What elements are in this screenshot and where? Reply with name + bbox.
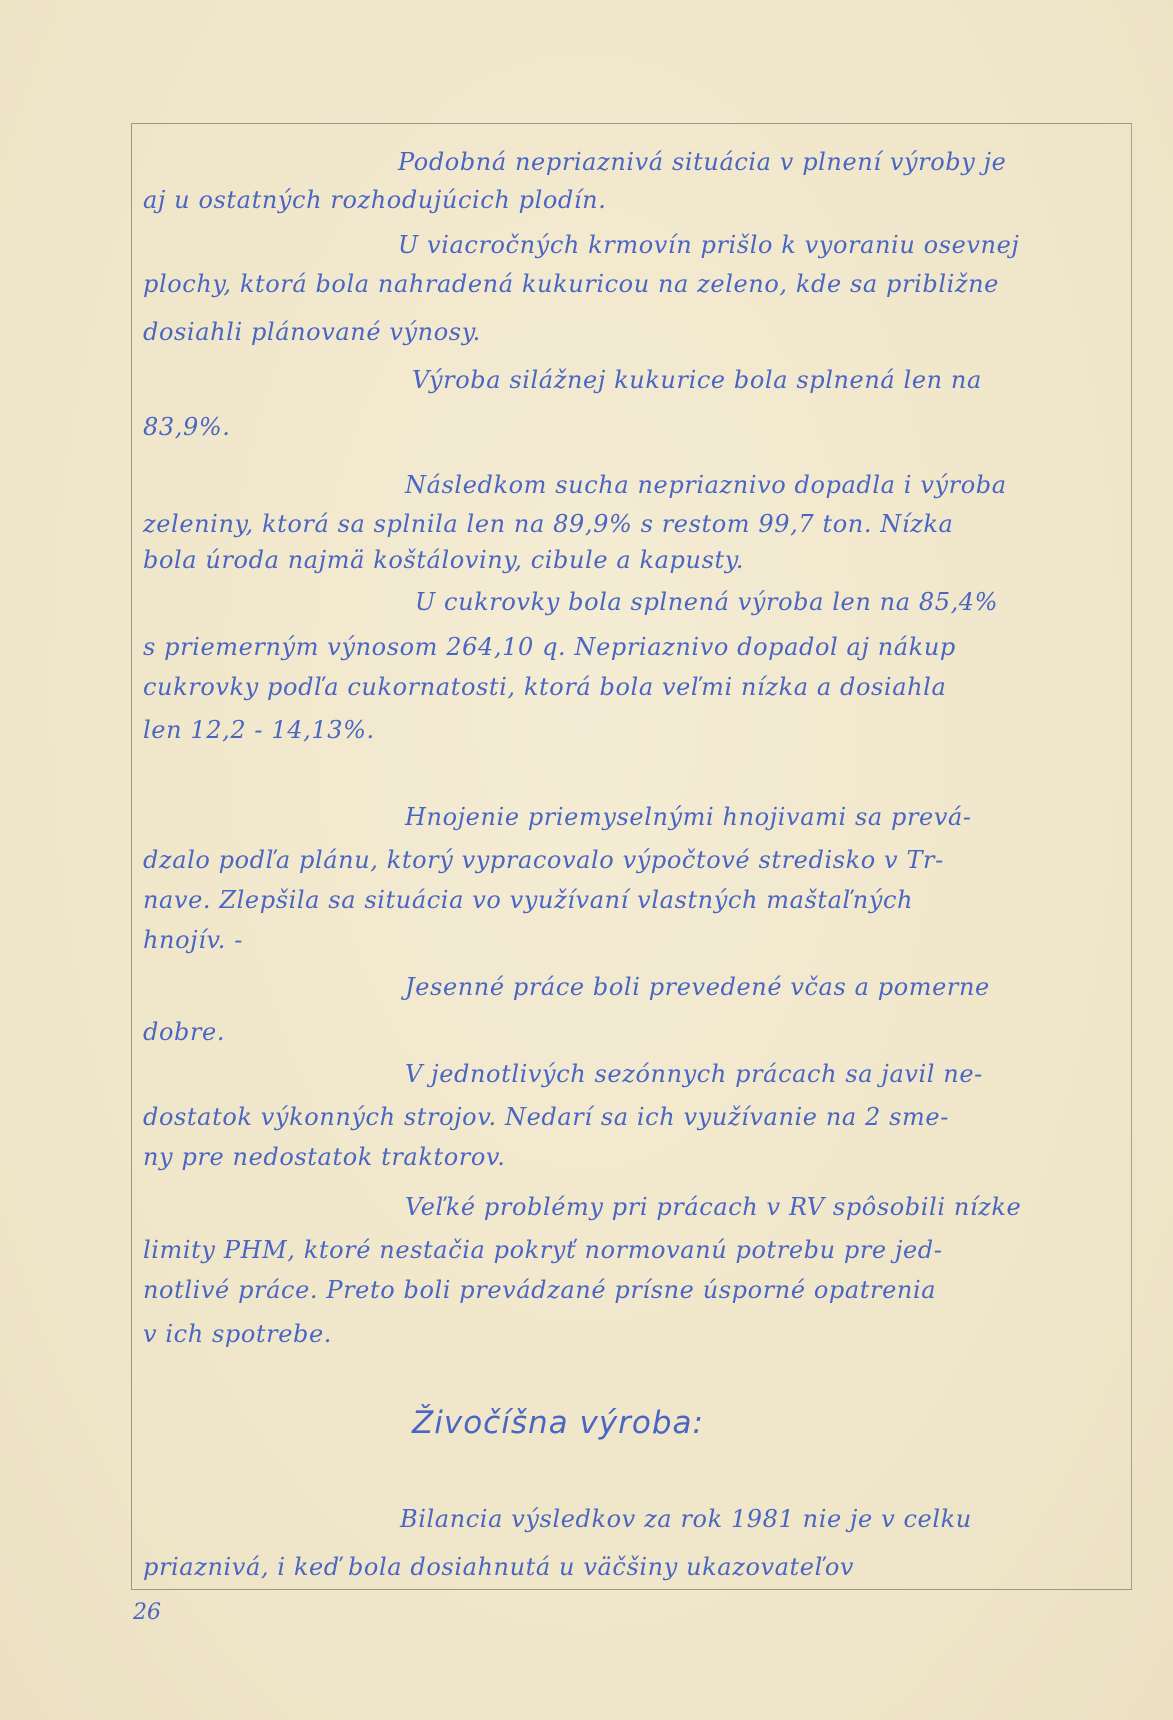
text-line: Následkom sucha nepriaznivo dopadla i vý…: [405, 473, 1007, 497]
text-line: v ich spotrebe.: [143, 1322, 332, 1346]
text-line: U cukrovky bola splnená výroba len na 85…: [415, 590, 998, 614]
text-line: dzalo podľa plánu, ktorý vypracovalo výp…: [143, 848, 944, 872]
text-line: Výroba silážnej kukurice bola splnená le…: [412, 368, 982, 392]
text-line: ny pre nedostatok traktorov.: [143, 1145, 505, 1169]
text-line: dostatok výkonných strojov. Nedarí sa ic…: [143, 1105, 949, 1129]
text-line: limity PHM, ktoré nestačia pokryť normov…: [143, 1238, 942, 1262]
text-line: len 12,2 - 14,13%.: [143, 718, 375, 742]
text-line: hnojív. -: [143, 928, 243, 952]
text-line: V jednotlivých sezónnych prácach sa javi…: [405, 1062, 983, 1086]
text-line: Hnojenie priemyselnými hnojivami sa prev…: [405, 805, 972, 829]
text-line: nave. Zlepšila sa situácia vo využívaní …: [143, 888, 913, 912]
text-line: aj u ostatných rozhodujúcich plodín.: [143, 188, 606, 212]
text-line: dobre.: [143, 1020, 225, 1044]
text-line: priaznivá, i keď bola dosiahnutá u väčši…: [143, 1555, 854, 1579]
text-line: cukrovky podľa cukornatosti, ktorá bola …: [143, 675, 946, 699]
text-line: notlivé práce. Preto boli prevádzané prí…: [143, 1278, 936, 1302]
text-line: zeleniny, ktorá sa splnila len na 89,9% …: [143, 512, 953, 536]
text-line: plochy, ktorá bola nahradená kukuricou n…: [143, 272, 999, 296]
text-line: dosiahli plánované výnosy.: [143, 320, 481, 344]
text-line: Veľké problémy pri prácach v RV spôsobil…: [405, 1195, 1021, 1219]
text-line: Bilancia výsledkov za rok 1981 nie je v …: [400, 1507, 972, 1531]
section-heading: Živočíšna výroba:: [412, 1405, 704, 1441]
text-line: bola úroda najmä koštáloviny, cibule a k…: [143, 548, 744, 572]
page-number: 26: [133, 1600, 161, 1625]
text-line: 83,9%.: [143, 415, 230, 439]
text-line: Jesenné práce boli prevedené včas a pome…: [405, 975, 990, 999]
text-line: U viacročných krmovín prišlo k vyoraniu …: [398, 233, 1019, 257]
text-line: Podobná nepriaznivá situácia v plnení vý…: [398, 150, 1007, 174]
text-line: s priemerným výnosom 264,10 q. Nepriazni…: [143, 635, 956, 659]
